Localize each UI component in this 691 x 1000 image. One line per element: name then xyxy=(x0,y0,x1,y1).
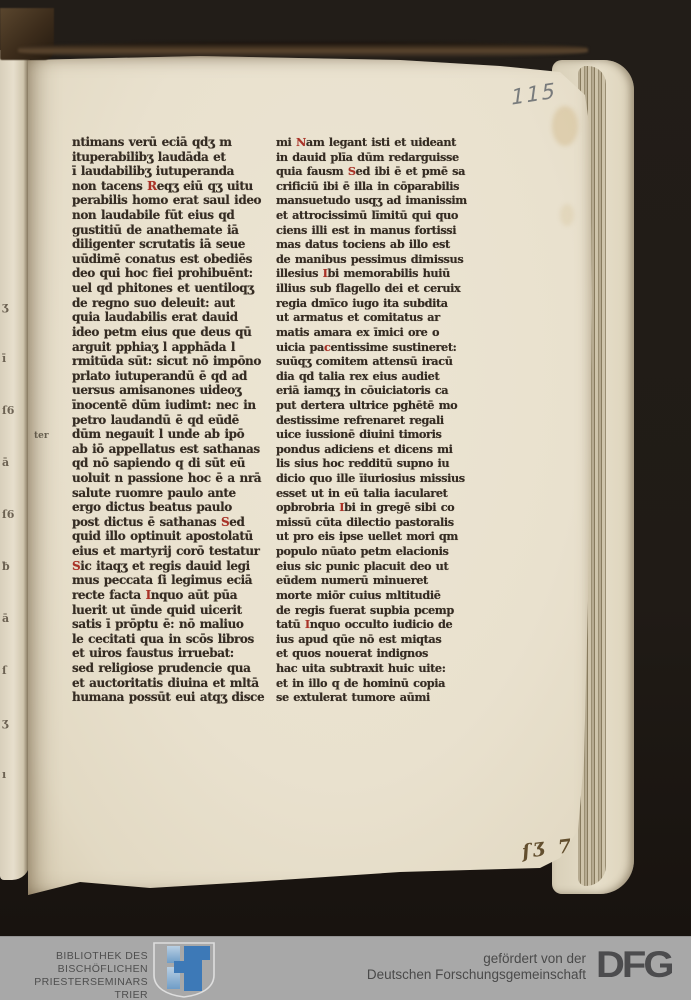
library-name: BIBLIOTHEK DES BISCHÖFLICHEN PRIESTERSEM… xyxy=(6,950,148,1000)
manuscript-text-line: eūdem numerū minueret xyxy=(276,573,466,588)
facing-page-text-fragment: ƀ xyxy=(2,560,10,573)
facing-page-text-fragment: ʒ xyxy=(2,300,8,313)
manuscript-text-line: destissime refrenaret regali xyxy=(276,413,466,428)
manuscript-text-line: illesius Ibi memorabilis huiū xyxy=(276,266,466,281)
facing-page-text-fragment: ſ6 xyxy=(2,404,14,417)
manuscript-text-line: mansuetudo usqʒ ad imanissim xyxy=(276,193,466,208)
manuscript-text-line: diligenter scrutatis iā seue xyxy=(72,237,272,252)
library-shield-logo-icon xyxy=(150,940,220,998)
manuscript-text-line: luerit ut ūnde quid uicerit xyxy=(72,603,272,618)
manuscript-text-line: matis amara ex īmici ore o xyxy=(276,325,466,340)
manuscript-text-line: qd nō sapiendo q di sūt eū xyxy=(72,456,272,471)
funding-credit-line2: Deutschen Forschungsgemeinschaft xyxy=(330,967,586,983)
manuscript-text-line: ituperabilibʒ laudāda et xyxy=(72,150,272,165)
manuscript-text-line: īnocentē dūm iudimt: nec in xyxy=(72,398,272,413)
manuscript-text-line: uoluit n passione hoc ē a nrā xyxy=(72,471,272,486)
manuscript-text-line: opbrobria Ibi in gregē sibi co xyxy=(276,500,466,515)
manuscript-text-line: ntimans verū eciā qdʒ m xyxy=(72,135,272,150)
manuscript-text-line: mus peccata ſi legimus eciā xyxy=(72,573,272,588)
manuscript-text-line: humana possūt eui atqʒ disce xyxy=(72,690,272,705)
manuscript-text-line: ciens illi est in manus fortissi xyxy=(276,223,466,238)
text-column-left: ntimans verū eciā qdʒ mituperabilibʒ lau… xyxy=(72,135,272,705)
folio-number: 115 xyxy=(511,78,558,109)
manuscript-text-line: quia laudabilis erat dauid xyxy=(72,310,272,325)
manuscript-text-line: gustitiū de anathemate iā xyxy=(72,223,272,238)
parchment-stain xyxy=(552,106,578,146)
manuscript-text-line: le cecitati qua in scōs libros xyxy=(72,632,272,647)
manuscript-text-line: Sic itaqʒ et regis dauid legi xyxy=(72,559,272,574)
library-name-line3: PRIESTERSEMINARS TRIER xyxy=(6,976,148,1000)
manuscript-text-line: lis sius hoc redditū supno iu xyxy=(276,456,466,471)
manuscript-text-line: prlato iutuperandū ē qd ad xyxy=(72,369,272,384)
manuscript-text-line: deo qui hoc fiei prohibuēnt: xyxy=(72,266,272,281)
manuscript-text-line: suūqʒ comitem attensū iracū xyxy=(276,354,466,369)
manuscript-text-line: de regno suo deleuit: aut xyxy=(72,296,272,311)
library-name-line2: BISCHÖFLICHEN xyxy=(6,963,148,976)
manuscript-text-line: ergo dictus beatus paulo xyxy=(72,500,272,515)
facing-page-text-fragment: ı xyxy=(2,768,6,781)
margin-note: ter xyxy=(34,431,49,441)
manuscript-text-line: uersus amisanones uideoʒ xyxy=(72,383,272,398)
manuscript-text-line: mi Nam legant isti et uideant xyxy=(276,135,466,150)
manuscript-text-line: eius sic punic placuit deo ut xyxy=(276,559,466,574)
parchment-stain xyxy=(560,204,574,226)
manuscript-text-line: illius sub flagello dei et ceruix xyxy=(276,281,466,296)
manuscript-text-line: regia dmīco iugo ita subdita xyxy=(276,296,466,311)
manuscript-text-line: et uiros faustus irruebat: xyxy=(72,646,272,661)
facing-page-text-fragment: ſ6 xyxy=(2,508,14,521)
manuscript-text-line: uicia pacentissime sustineret: xyxy=(276,340,466,355)
manuscript-text-line: dia qd talia rex eius audiet xyxy=(276,369,466,384)
manuscript-text-line: perabilis homo erat saul ideo xyxy=(72,193,272,208)
manuscript-text-line: et quos nouerat indignos xyxy=(276,646,466,661)
manuscript-text-line: ī laudabilibʒ iutuperanda xyxy=(72,164,272,179)
manuscript-text-line: non tacens Reqʒ eiū qʒ uitu xyxy=(72,179,272,194)
manuscript-text-line: sed religiose prudencie qua xyxy=(72,661,272,676)
manuscript-text-line: uel qd phitones et uentiloqʒ xyxy=(72,281,272,296)
manuscript-text-line: non laudabile fūt eius qd xyxy=(72,208,272,223)
manuscript-text-line: ut armatus et comitatus ar xyxy=(276,310,466,325)
dfg-logo: DFG xyxy=(596,945,671,986)
facing-page-edge: ʒīſ6āſ6ƀāſʒı xyxy=(0,50,30,880)
manuscript-text-line: esset ut in eū talia iacularet xyxy=(276,486,466,501)
facing-page-text-fragment: ā xyxy=(2,612,9,625)
manuscript-text-line: missū cūta dilectio pastoralis xyxy=(276,515,466,530)
manuscript-scan-photo: ʒīſ6āſ6ƀāſʒı 115 ntimans verū eciā qdʒ m… xyxy=(0,0,691,1000)
manuscript-text-line: arguit pphiaʒ l apphāda l xyxy=(72,340,272,355)
manuscript-text-line: rmitūda sūt: sicut nō impōno xyxy=(72,354,272,369)
manuscript-text-line: de regis fuerat supbia pcemp xyxy=(276,603,466,618)
text-column-right: mi Nam legant isti et uideantin dauid pl… xyxy=(276,135,466,705)
manuscript-text-line: eius et martyrij corō testatur xyxy=(72,544,272,559)
manuscript-text-line: se extulerat tumore aūmi xyxy=(276,690,466,705)
funding-credit: gefördert von der Deutschen Forschungsge… xyxy=(330,951,586,983)
manuscript-text-line: de manibus pessimus dimissus xyxy=(276,252,466,267)
manuscript-text-line: uice iussionē diuini timoris xyxy=(276,427,466,442)
manuscript-text-line: put dertera ultrice pghētē mo xyxy=(276,398,466,413)
manuscript-text-line: eriā iamqʒ in cōuiciatoris ca xyxy=(276,383,466,398)
manuscript-text-line: morte miōr cuius mltitudiē xyxy=(276,588,466,603)
manuscript-text-line: ab iō appellatus est sathanas xyxy=(72,442,272,457)
manuscript-text-line: in dauid plīa dūm redarguisse xyxy=(276,150,466,165)
manuscript-text-line: petro laudandū ē qd eūdē xyxy=(72,413,272,428)
manuscript-text-line: quia fausm Sed ibi ē et pmē sa xyxy=(276,164,466,179)
library-name-line1: BIBLIOTHEK DES xyxy=(6,950,148,963)
manuscript-text-line: dūm negauit l unde ab ipō xyxy=(72,427,272,442)
manuscript-text-line: ius apud qūe nō est miqtas xyxy=(276,632,466,647)
funding-credit-line1: gefördert von der xyxy=(330,951,586,967)
manuscript-page: 115 ntimans verū eciā qdʒ mituperabilibʒ… xyxy=(28,54,592,898)
manuscript-text-line: tatū Inquo occulto iudicio de xyxy=(276,617,466,632)
manuscript-text-line: crificiū ibi ē illa in cōparabilis xyxy=(276,179,466,194)
facing-page-text-fragment: ī xyxy=(2,352,6,365)
facing-page-text-fragment: ſ xyxy=(2,664,7,677)
footer-banner: BIBLIOTHEK DES BISCHÖFLICHEN PRIESTERSEM… xyxy=(0,936,691,1000)
manuscript-text-line: et attrocissimū līmitū qui quo xyxy=(276,208,466,223)
facing-page-text-fragment: ā xyxy=(2,456,9,469)
manuscript-text-line: pondus adiciens et dicens mi xyxy=(276,442,466,457)
manuscript-text-line: satis ī prōptu ē: nō maliuo xyxy=(72,617,272,632)
manuscript-text-line: quid illo optinuit apostolatū xyxy=(72,529,272,544)
facing-page-text-fragment: ʒ xyxy=(2,716,8,729)
manuscript-text-line: populo nūato petm elacionis xyxy=(276,544,466,559)
manuscript-text-line: recte facta Inquo aūt pūa xyxy=(72,588,272,603)
manuscript-text-line: dicio quo ille īiuriosius missius xyxy=(276,471,466,486)
manuscript-text-line: et auctoritatis diuina et mltā xyxy=(72,676,272,691)
manuscript-text-line: hac uita subtraxit huic uite: xyxy=(276,661,466,676)
book-top-edge xyxy=(18,42,588,58)
manuscript-text-line: ut pro eis ipse uellet mori qm xyxy=(276,529,466,544)
manuscript-text-line: uūdimē conatus est obediēs xyxy=(72,252,272,267)
manuscript-text-line: et in illo q de hominū copia xyxy=(276,676,466,691)
manuscript-text-line: mas datus tociens ab illo est xyxy=(276,237,466,252)
manuscript-text-line: post dictus ē sathanas Sed xyxy=(72,515,272,530)
manuscript-text-line: salute ruomre paulo ante xyxy=(72,486,272,501)
manuscript-text-line: ideo petm eius que deus qū xyxy=(72,325,272,340)
